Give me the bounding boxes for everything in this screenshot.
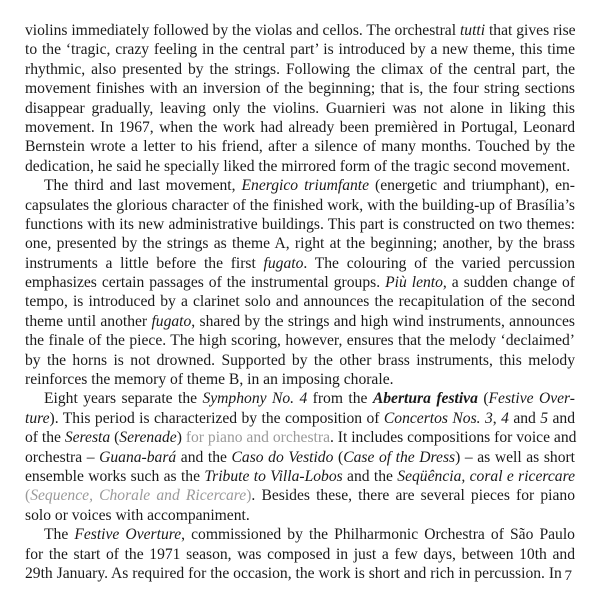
text-run: ) – as well as short [455, 449, 575, 466]
text-run: emphasizes certain passages of the instr… [25, 274, 385, 291]
paragraph: The Festive Overture, commissioned by th… [25, 525, 575, 583]
text-line: Bernstein wrote a letter to his friend, … [25, 137, 575, 156]
text-run: to the ‘tragic, crazy feeling in the cen… [25, 41, 575, 58]
text-run: capsulates the glorious character of the… [25, 197, 575, 214]
page-number: 7 [565, 568, 573, 585]
text-run: , [493, 410, 501, 427]
italic-text: Guana-bará [99, 449, 176, 466]
text-run: ). This period is characterized by the c… [50, 410, 384, 427]
text-run: . The colouring of the varied percussion [303, 255, 575, 272]
text-run: and [548, 410, 575, 427]
italic-text: Sequence, Chorale and Ricercare [30, 487, 246, 504]
text-line: emphasizes certain passages of the instr… [25, 273, 575, 292]
text-run: rhythmic, also presented by the strings.… [25, 61, 575, 78]
text-run: and [509, 410, 540, 427]
text-line: violins immediately followed by the viol… [25, 21, 575, 40]
text-run: functions with its new administrative bu… [25, 216, 575, 233]
text-run: orchestra – [25, 449, 99, 466]
text-line: 29th January. As required for the occasi… [25, 564, 575, 583]
document-body: violins immediately followed by the viol… [25, 21, 575, 583]
text-line: The third and last movement, Energico tr… [25, 176, 575, 195]
text-run: Bernstein wrote a letter to his friend, … [25, 138, 575, 155]
text-run: The [44, 526, 74, 543]
paragraph: violins immediately followed by the viol… [25, 21, 575, 176]
text-run: reinforces the memory of theme B, in an … [25, 371, 394, 388]
italic-text: Concertos Nos. 3 [384, 410, 493, 427]
italic-text: Festive Over- [489, 390, 576, 407]
italic-text: Serenade [119, 429, 176, 446]
text-line: one, presented by the strings as theme A… [25, 234, 575, 253]
text-run: and the [343, 468, 398, 485]
text-run: 29th January. As required for the occasi… [25, 565, 562, 582]
text-line: Eight years separate the Symphony No. 4 … [25, 389, 575, 408]
text-run: , shared by the strings and high wind in… [191, 313, 575, 330]
text-run: dedication, he said he specially liked t… [25, 158, 570, 175]
italic-text: ture [25, 410, 50, 427]
italic-text: Energico triumfante [242, 177, 370, 194]
text-run: , a sudden change of [443, 274, 575, 291]
text-run: ( [333, 449, 343, 466]
text-run: for the start of the 1971 season, was co… [25, 546, 575, 563]
italic-text: Seqüência, coral e ricercare [397, 468, 575, 485]
text-run: of the [25, 429, 65, 446]
text-run: disappear gradually, leaving only the vi… [25, 100, 575, 117]
text-line: disappear gradually, leaving only the vi… [25, 99, 575, 118]
text-line: movement. In 1967, when the work had alr… [25, 118, 575, 137]
italic-text: Caso do Vestido [232, 449, 334, 466]
paragraph: The third and last movement, Energico tr… [25, 176, 575, 389]
text-line: the finale of the piece. The high scorin… [25, 331, 575, 350]
italic-text: Abertura festiva [373, 390, 478, 407]
text-run: . Besides these, there are several piece… [251, 487, 575, 504]
italic-text: Più lento [385, 274, 443, 291]
text-line: (Sequence, Chorale and Ricercare). Besid… [25, 486, 575, 505]
text-line: by the horns is not drowned. Supported b… [25, 351, 575, 370]
text-line: instruments a little before the first fu… [25, 254, 575, 273]
text-run: from the [307, 390, 373, 407]
text-line: reinforces the memory of theme B, in an … [25, 370, 575, 389]
text-run: and the [176, 449, 231, 466]
text-line: orchestra – Guana-bará and the Caso do V… [25, 448, 575, 467]
text-run: by the horns is not drowned. Supported b… [25, 352, 575, 369]
text-line: The Festive Overture, commissioned by th… [25, 525, 575, 544]
text-line: movement finishes with an inversion of t… [25, 79, 575, 98]
text-run: ( [478, 390, 489, 407]
text-line: functions with its new administrative bu… [25, 215, 575, 234]
text-line: ensemble works such as the Tribute to Vi… [25, 467, 575, 486]
text-run: for piano and orchestra [186, 429, 330, 446]
text-run: movement finishes with an inversion of t… [25, 80, 575, 97]
text-run: theme until another [25, 313, 151, 330]
text-run: ( [110, 429, 119, 446]
text-run: movement. In 1967, when the work had alr… [25, 119, 575, 136]
text-run: (energetic and triumphant), en- [369, 177, 575, 194]
italic-text: Case of the Dress [343, 449, 455, 466]
text-run: instruments a little before the first [25, 255, 264, 272]
italic-text: Symphony No. 4 [202, 390, 307, 407]
text-run: solo or voices with accompaniment. [25, 507, 250, 524]
text-run: tempo, is introduced by a clarinet solo … [25, 293, 575, 310]
text-run: ensemble works such as the [25, 468, 204, 485]
text-run: violins immediately followed by the viol… [25, 22, 460, 39]
text-line: ture). This period is characterized by t… [25, 409, 575, 428]
text-run: . It includes compositions for voice and [330, 429, 576, 446]
text-line: of the Seresta (Serenade) for piano and … [25, 428, 575, 447]
italic-text: tutti [460, 22, 485, 39]
text-line: rhythmic, also presented by the strings.… [25, 60, 575, 79]
text-line: capsulates the glorious character of the… [25, 196, 575, 215]
text-run: ) [177, 429, 186, 446]
text-run: , commissioned by the Philharmonic Orche… [181, 526, 575, 543]
text-line: solo or voices with accompaniment. [25, 506, 575, 525]
text-run: that gives rise [485, 22, 576, 39]
text-run: one, presented by the strings as theme A… [25, 235, 575, 252]
text-line: dedication, he said he specially liked t… [25, 157, 575, 176]
italic-text: Tribute to Villa-Lobos [204, 468, 342, 485]
text-run: the finale of the piece. The high scorin… [25, 332, 575, 349]
text-run: The third and last movement, [44, 177, 242, 194]
italic-text: 4 [501, 410, 509, 427]
italic-text: fugato [151, 313, 191, 330]
italic-text: fugato [264, 255, 304, 272]
italic-text: 5 [540, 410, 548, 427]
paragraph: Eight years separate the Symphony No. 4 … [25, 389, 575, 525]
text-line: theme until another fugato, shared by th… [25, 312, 575, 331]
text-run: Eight years separate the [44, 390, 202, 407]
text-line: tempo, is introduced by a clarinet solo … [25, 292, 575, 311]
italic-text: Festive Overture [74, 526, 181, 543]
italic-text: Seresta [65, 429, 110, 446]
text-line: for the start of the 1971 season, was co… [25, 545, 575, 564]
text-line: to the ‘tragic, crazy feeling in the cen… [25, 40, 575, 59]
